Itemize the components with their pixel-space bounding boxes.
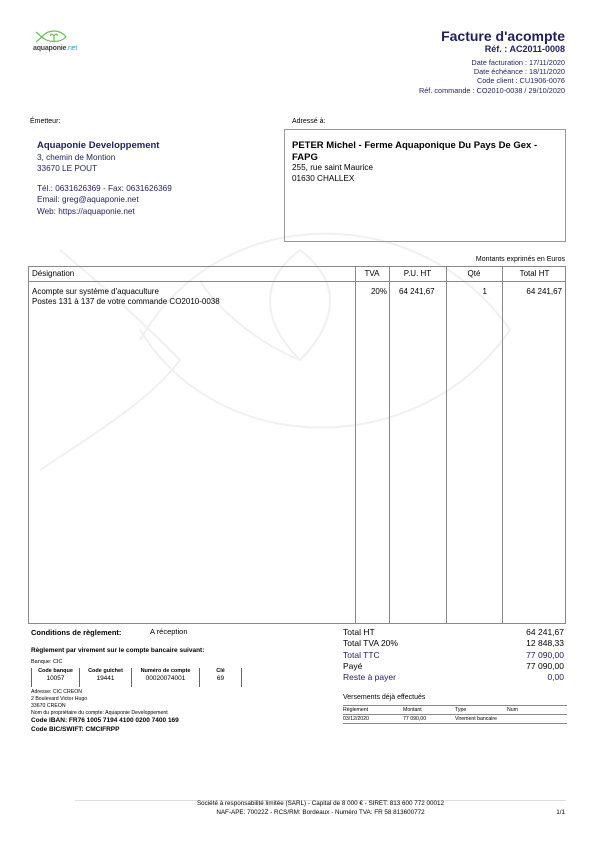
payment-conditions-label: Conditions de règlement: [31, 628, 121, 637]
sender-label: Émetteur: [30, 118, 60, 125]
transfer-title: Règlement par virement sur le compte ban… [31, 647, 204, 654]
bank-address-line: Adresse: CIC CREON [31, 689, 168, 696]
header-designation: Désignation [32, 269, 74, 278]
order-reference: Réf. commande : CO2010-0038 / 29/10/2020 [419, 86, 565, 95]
invoice-meta: Date facturation : 17/11/2020 Date échéa… [419, 58, 565, 95]
bic: Code BIC/SWIFT: CMCIFRPP [31, 726, 179, 735]
recipient-address-line1: 255, rue saint Maurice [292, 163, 562, 174]
sender-address-line2: 33670 LE POUT [37, 163, 172, 175]
iban-bic: Code IBAN: FR76 1005 7194 4100 0200 7400… [31, 717, 179, 734]
bank-name: Banque: CIC [31, 659, 63, 665]
total-tva-row: Total TVA 20%12 848,33 [343, 638, 564, 649]
col-divider [355, 267, 356, 623]
recipient-name: PETER Michel - Ferme Aquaponique Du Pays… [292, 140, 562, 163]
payment-conditions-value: A réception [150, 627, 188, 636]
col-divider [446, 267, 447, 623]
document-title: Facture d'acompte [441, 28, 565, 44]
sender-block: Aquaponie Developpement 3, chemin de Mon… [37, 140, 172, 217]
account-number: Numéro de compte 00020074001 [131, 668, 199, 687]
bank-table-end [241, 668, 242, 687]
line-total-ht: 64 241,67 [526, 287, 562, 296]
sender-web[interactable]: Web: https://aquaponie.net [37, 206, 172, 218]
bank-address-line: 2 Boulevard Victor Hugo [31, 696, 168, 703]
line-pu-ht: 64 241,67 [399, 287, 435, 296]
client-code: Code client : CU1906-0076 [419, 76, 565, 85]
payments-header: Règlement Montant Type Num [343, 705, 567, 714]
header-pu-ht: P.U. HT [389, 269, 446, 278]
sender-address-line1: 3, chemin de Montion [37, 152, 172, 164]
payments-made-label: Versements déjà effectués [343, 694, 425, 701]
logo-name: aquaponie [33, 45, 66, 52]
account-owner: Nom du propriétaire du compte: Aquaponie… [31, 710, 168, 717]
recipient-address-line2: 01630 CHALLEX [292, 174, 562, 185]
header-qty: Qté [446, 269, 502, 278]
footer-line1: Société à responsabilité limitée (SARL) … [75, 800, 566, 809]
currency-note: Montants exprimés en Euros [476, 256, 565, 263]
table-row: 03/12/2020 77 090,00 Virement bancaire [343, 714, 567, 724]
total-ttc-row: Total TTC77 090,00 [343, 650, 564, 661]
remaining-row: Reste à payer0,00 [343, 672, 564, 683]
invoice-lines-table: Désignation TVA P.U. HT Qté Total HT Aco… [28, 266, 566, 624]
payments-made-table: Règlement Montant Type Num 03/12/2020 77… [343, 705, 567, 724]
col-divider [389, 267, 390, 623]
fish-logo-icon [28, 28, 88, 46]
due-date: Date échéance : 18/11/2020 [419, 67, 565, 76]
line-designation-2: Postes 131 à 137 de votre commande CO201… [32, 297, 220, 306]
header-tva: TVA [355, 269, 389, 278]
bank-address: Adresse: CIC CREON 2 Boulevard Victor Hu… [31, 689, 168, 717]
line-qty: 1 [483, 287, 487, 296]
totals-block: Total HT64 241,67 Total TVA 20%12 848,33… [343, 627, 564, 683]
invoice-date: Date facturation : 17/11/2020 [419, 58, 565, 67]
bank-code: Code banque 10057 [31, 668, 79, 687]
line-tva: 20% [371, 287, 387, 296]
sender-phone: Tél.: 0631626369 - Fax: 0631626369 [37, 183, 172, 195]
iban: Code IBAN: FR76 1005 7194 4100 0200 7400… [31, 717, 179, 726]
branch-code: Code guichet 19441 [79, 668, 131, 687]
bank-address-line: 33670 CREON [31, 703, 168, 710]
page-number: 1/1 [556, 809, 565, 816]
recipient-block: PETER Michel - Ferme Aquaponique Du Pays… [292, 140, 562, 184]
sender-email[interactable]: Email: greg@aquaponie.net [37, 194, 172, 206]
rib-key: Clé 69 [199, 668, 241, 687]
total-ht-row: Total HT64 241,67 [343, 627, 564, 638]
logo-tld: .net [66, 45, 77, 52]
invoice-reference: Réf. : AC2011-0008 [485, 44, 565, 54]
col-divider [502, 267, 503, 623]
line-designation-1: Acompte sur système d'aquaculture [32, 287, 159, 296]
sender-name: Aquaponie Developpement [37, 140, 172, 152]
recipient-label: Adressé à: [292, 118, 325, 125]
footer-legal: Société à responsabilité limitée (SARL) … [75, 800, 566, 817]
paid-row: Payé77 090,00 [343, 661, 564, 672]
company-logo: aquaponie.net [28, 28, 88, 56]
header-total-ht: Total HT [502, 269, 567, 278]
footer-line2: NAF-APE: 70022Z - RCS/RM: Bordeaux - Num… [75, 809, 566, 818]
